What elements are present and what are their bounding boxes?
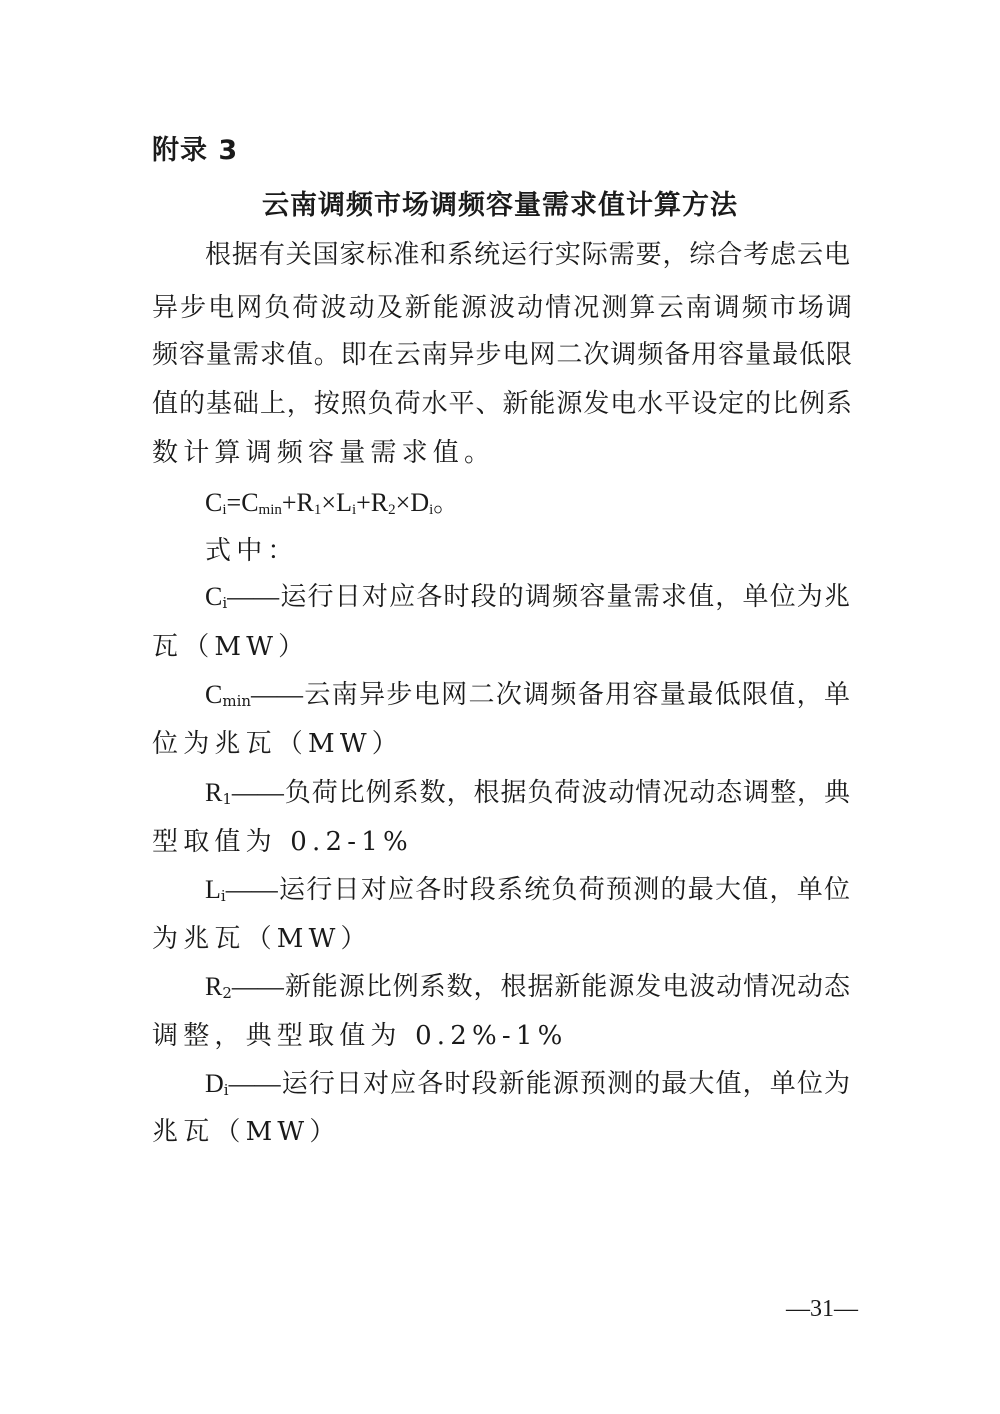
definition-cmin-cont: 位为兆瓦（MW）: [152, 727, 852, 761]
intro-line-4: 值的基础上，按照负荷水平、新能源发电水平设定的比例系: [152, 387, 852, 421]
definition-cmin: Cmin——云南异步电网二次调频备用容量最低限值，单: [205, 678, 850, 712]
document-title: 云南调频市场调频容量需求值计算方法: [0, 183, 1000, 222]
definition-ci-cont: 瓦（MW）: [152, 630, 852, 664]
appendix-label: 附录 3: [152, 128, 238, 167]
definition-r2-cont: 调整，典型取值为 0.2%-1%: [152, 1019, 852, 1053]
definition-di: Di——运行日对应各时段新能源预测的最大值，单位为: [205, 1067, 850, 1101]
intro-line-5: 数计算调频容量需求值。: [152, 436, 852, 470]
page-number: —31—: [786, 1296, 858, 1323]
definition-r1-cont: 型取值为 0.2-1%: [152, 825, 852, 859]
definition-di-cont: 兆瓦（MW）: [152, 1115, 852, 1149]
intro-line-2: 异步电网负荷波动及新能源波动情况测算云南调频市场调: [152, 291, 852, 325]
definition-r1: R1——负荷比例系数，根据负荷波动情况动态调整，典: [205, 776, 850, 810]
intro-line-3: 频容量需求值。即在云南异步电网二次调频备用容量最低限: [152, 338, 852, 372]
definition-li: Li——运行日对应各时段系统负荷预测的最大值，单位: [205, 873, 850, 907]
definition-li-cont: 为兆瓦（MW）: [152, 922, 852, 956]
definition-ci: Ci——运行日对应各时段的调频容量需求值，单位为兆: [205, 580, 850, 614]
definition-r2: R2——新能源比例系数，根据新能源发电波动情况动态: [205, 970, 850, 1004]
intro-line-1: 根据有关国家标准和系统运行实际需要，综合考虑云电: [205, 238, 850, 272]
formula: Ci=Cmin+R1×Li+R2×Di。: [205, 486, 850, 520]
where-label: 式中：: [205, 534, 850, 568]
document-page: 附录 3 云南调频市场调频容量需求值计算方法 根据有关国家标准和系统运行实际需要…: [0, 0, 1000, 1414]
